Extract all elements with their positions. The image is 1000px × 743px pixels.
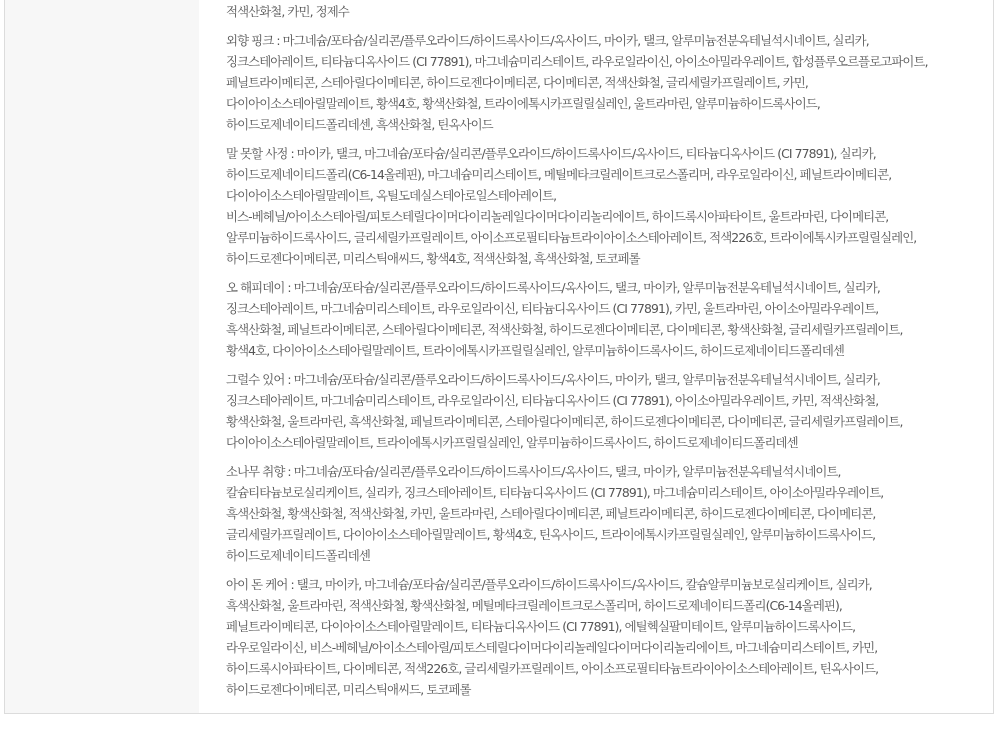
text-line: 징크스테아레이트, 마그네슘미리스테이트, 라우로일라이신, 티타늄디옥사이드 … [226,298,993,319]
text-line: 징크스테아레이트, 마그네슘미리스테이트, 라우로일라이신, 티타늄디옥사이드 … [226,390,993,411]
ingredients-content: 적색산화철, 카민, 정제수 외향 핑크 : 마그네슘/포타슘/실리콘/플루오라… [199,0,993,713]
text-line: 흑색산화철, 울트라마린, 적색산화철, 황색산화철, 메틸메타크릴레이트크로스… [226,595,993,616]
shade-ingredients-oh-happy-day: 오 해피데이 : 마그네슘/포타슘/실리콘/플루오라이드/하이드록사이드/옥사이… [226,277,993,361]
text-line: 소나무 취향 : 마그네슘/포타슘/실리콘/플루오라이드/하이드록사이드/옥사이… [226,461,993,482]
shade-ingredients-i-dont-care: 아이 돈 케어 : 탤크, 마이카, 마그네슘/포타슘/실리콘/플루오라이드/하… [226,574,993,700]
text-line: 징크스테아레이트, 티타늄디옥사이드 (CI 77891), 마그네슘미리스테이… [226,51,993,72]
text-line: 아이 돈 케어 : 탤크, 마이카, 마그네슘/포타슘/실리콘/플루오라이드/하… [226,574,993,595]
table-label-column [5,0,199,713]
shade-ingredients-untold-story: 말 못할 사정 : 마이카, 탤크, 마그네슘/포타슘/실리콘/플루오라이드/하… [226,143,993,269]
text-line: 다이아이소스테아릴말레이트, 황색4호, 황색산화철, 트라이에톡시카프릴릴실레… [226,93,993,114]
shade-ingredients-pine-taste: 소나무 취향 : 마그네슘/포타슘/실리콘/플루오라이드/하이드록사이드/옥사이… [226,461,993,566]
text-line: 알루미늄하이드록사이드, 글리세릴카프릴레이트, 아이소프로필티타늄트라이아이소… [226,227,993,248]
text-line: 다이아이소스테아릴말레이트, 트라이에톡시카프릴릴실레인, 알루미늄하이드록사이… [226,432,993,453]
text-line: 흑색산화철, 황색산화철, 적색산화철, 카민, 울트라마린, 스테아릴다이메티… [226,503,993,524]
text-line: 페닐트라이메티콘, 스테아릴다이메티콘, 하이드로젠다이메티콘, 다이메티콘, … [226,72,993,93]
text-line: 황색4호, 다이아이소스테아릴말레이트, 트라이에톡시카프릴릴실레인, 알루미늄… [226,340,993,361]
text-line: 황색산화철, 울트라마린, 흑색산화철, 페닐트라이메티콘, 스테아릴다이메티콘… [226,411,993,432]
ingredients-intro-tail: 적색산화철, 카민, 정제수 [226,1,993,22]
ingredients-table: 적색산화철, 카민, 정제수 외향 핑크 : 마그네슘/포타슘/실리콘/플루오라… [4,0,994,714]
text-line: 그럴수 있어 : 마그네슘/포타슘/실리콘/플루오라이드/하이드록사이드/옥사이… [226,369,993,390]
text-line: 비스-베헤닐/아이소스테아릴/피토스테릴다이머다이리놀레일다이머다이리놀리에이트… [226,206,993,227]
text-line: 페닐트라이메티콘, 다이아이소스테아릴말레이트, 티타늄디옥사이드 (CI 77… [226,616,993,637]
text-line: 하이드로젠다이메티콘, 미리스틱애씨드, 토코페롤 [226,679,993,700]
text-line: 칼슘티타늄보로실리케이트, 실리카, 징크스테아레이트, 티타늄디옥사이드 (C… [226,482,993,503]
text-line: 적색산화철, 카민, 정제수 [226,1,993,22]
text-line: 말 못할 사정 : 마이카, 탤크, 마그네슘/포타슘/실리콘/플루오라이드/하… [226,143,993,164]
text-line: 오 해피데이 : 마그네슘/포타슘/실리콘/플루오라이드/하이드록사이드/옥사이… [226,277,993,298]
shade-ingredients-outgoing-pink: 외향 핑크 : 마그네슘/포타슘/실리콘/플루오라이드/하이드록사이드/옥사이드… [226,30,993,135]
text-line: 외향 핑크 : 마그네슘/포타슘/실리콘/플루오라이드/하이드록사이드/옥사이드… [226,30,993,51]
text-line: 하이드로젠다이메티콘, 미리스틱애씨드, 황색4호, 적색산화철, 흑색산화철,… [226,248,993,269]
text-line: 하이드로제네이티드폴리(C6-14올레핀), 마그네슘미리스테이트, 메틸메타크… [226,164,993,185]
text-line: 하이드록시아파타이트, 다이메티콘, 적색226호, 글리세릴카프릴레이트, 아… [226,658,993,679]
text-line: 다이아이소스테아릴말레이트, 옥틸도데실스테아로일스테아레이트, [226,185,993,206]
text-line: 라우로일라이신, 비스-베헤닐/아이소스테아릴/피토스테릴다이머다이리놀레일다이… [226,637,993,658]
shade-ingredients-it-could-be: 그럴수 있어 : 마그네슘/포타슘/실리콘/플루오라이드/하이드록사이드/옥사이… [226,369,993,453]
text-line: 흑색산화철, 페닐트라이메티콘, 스테아릴다이메티콘, 적색산화철, 하이드로젠… [226,319,993,340]
text-line: 글리세릴카프릴레이트, 다이아이소스테아릴말레이트, 황색4호, 틴옥사이드, … [226,524,993,545]
text-line: 하이드로제네이티드폴리데센 [226,545,993,566]
text-line: 하이드로제네이티드폴리데센, 흑색산화철, 틴옥사이드 [226,114,993,135]
